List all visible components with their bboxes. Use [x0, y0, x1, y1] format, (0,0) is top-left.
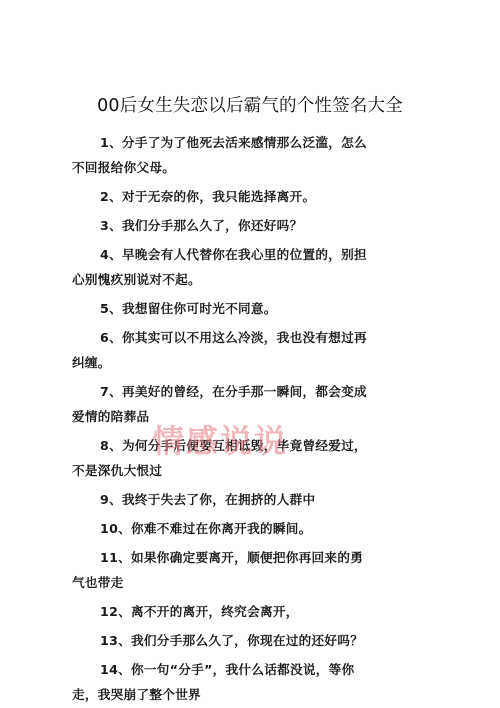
list-item: 2、对于无奈的你，我只能选择离开。 [72, 184, 372, 209]
list-item: 6、你其实可以不用这么冷淡，我也没有想过再纠缠。 [72, 325, 372, 375]
list-item: 11、如果你确定要离开，顺便把你再回来的勇气也带走 [72, 545, 372, 595]
list-item: 7、再美好的曾经，在分手那一瞬间，都会变成爱情的陪葬品 [72, 379, 372, 429]
list-item: 3、我们分手那么久了，你还好吗？ [72, 213, 372, 238]
list-item: 1、分手了为了他死去活来感情那么泛滥，怎么不回报给你父母。 [72, 130, 372, 180]
list-item: 5、我想留住你可时光不同意。 [72, 296, 372, 321]
list-item: 13、我们分手那么久了，你现在过的还好吗？ [72, 628, 372, 653]
signature-list: 1、分手了为了他死去活来感情那么泛滥，怎么不回报给你父母。 2、对于无奈的你，我… [72, 130, 372, 708]
document-title: 00后女生失恋以后霸气的个性签名大全 [0, 92, 500, 117]
list-item: 14、你一句“分手”，我什么话都没说，等你走，我哭崩了整个世界 [72, 657, 372, 707]
list-item: 12、离不开的离开，终究会离开， [72, 599, 372, 624]
list-item: 4、早晚会有人代替你在我心里的位置的，别担心别愧疚别说对不起。 [72, 242, 372, 292]
list-item: 9、我终于失去了你，在拥挤的人群中 [72, 487, 372, 512]
list-item: 8、为何分手后便要互相诋毁，毕竟曾经爱过，不是深仇大恨过 [72, 433, 372, 483]
list-item: 10、你难不难过在你离开我的瞬间。 [72, 516, 372, 541]
